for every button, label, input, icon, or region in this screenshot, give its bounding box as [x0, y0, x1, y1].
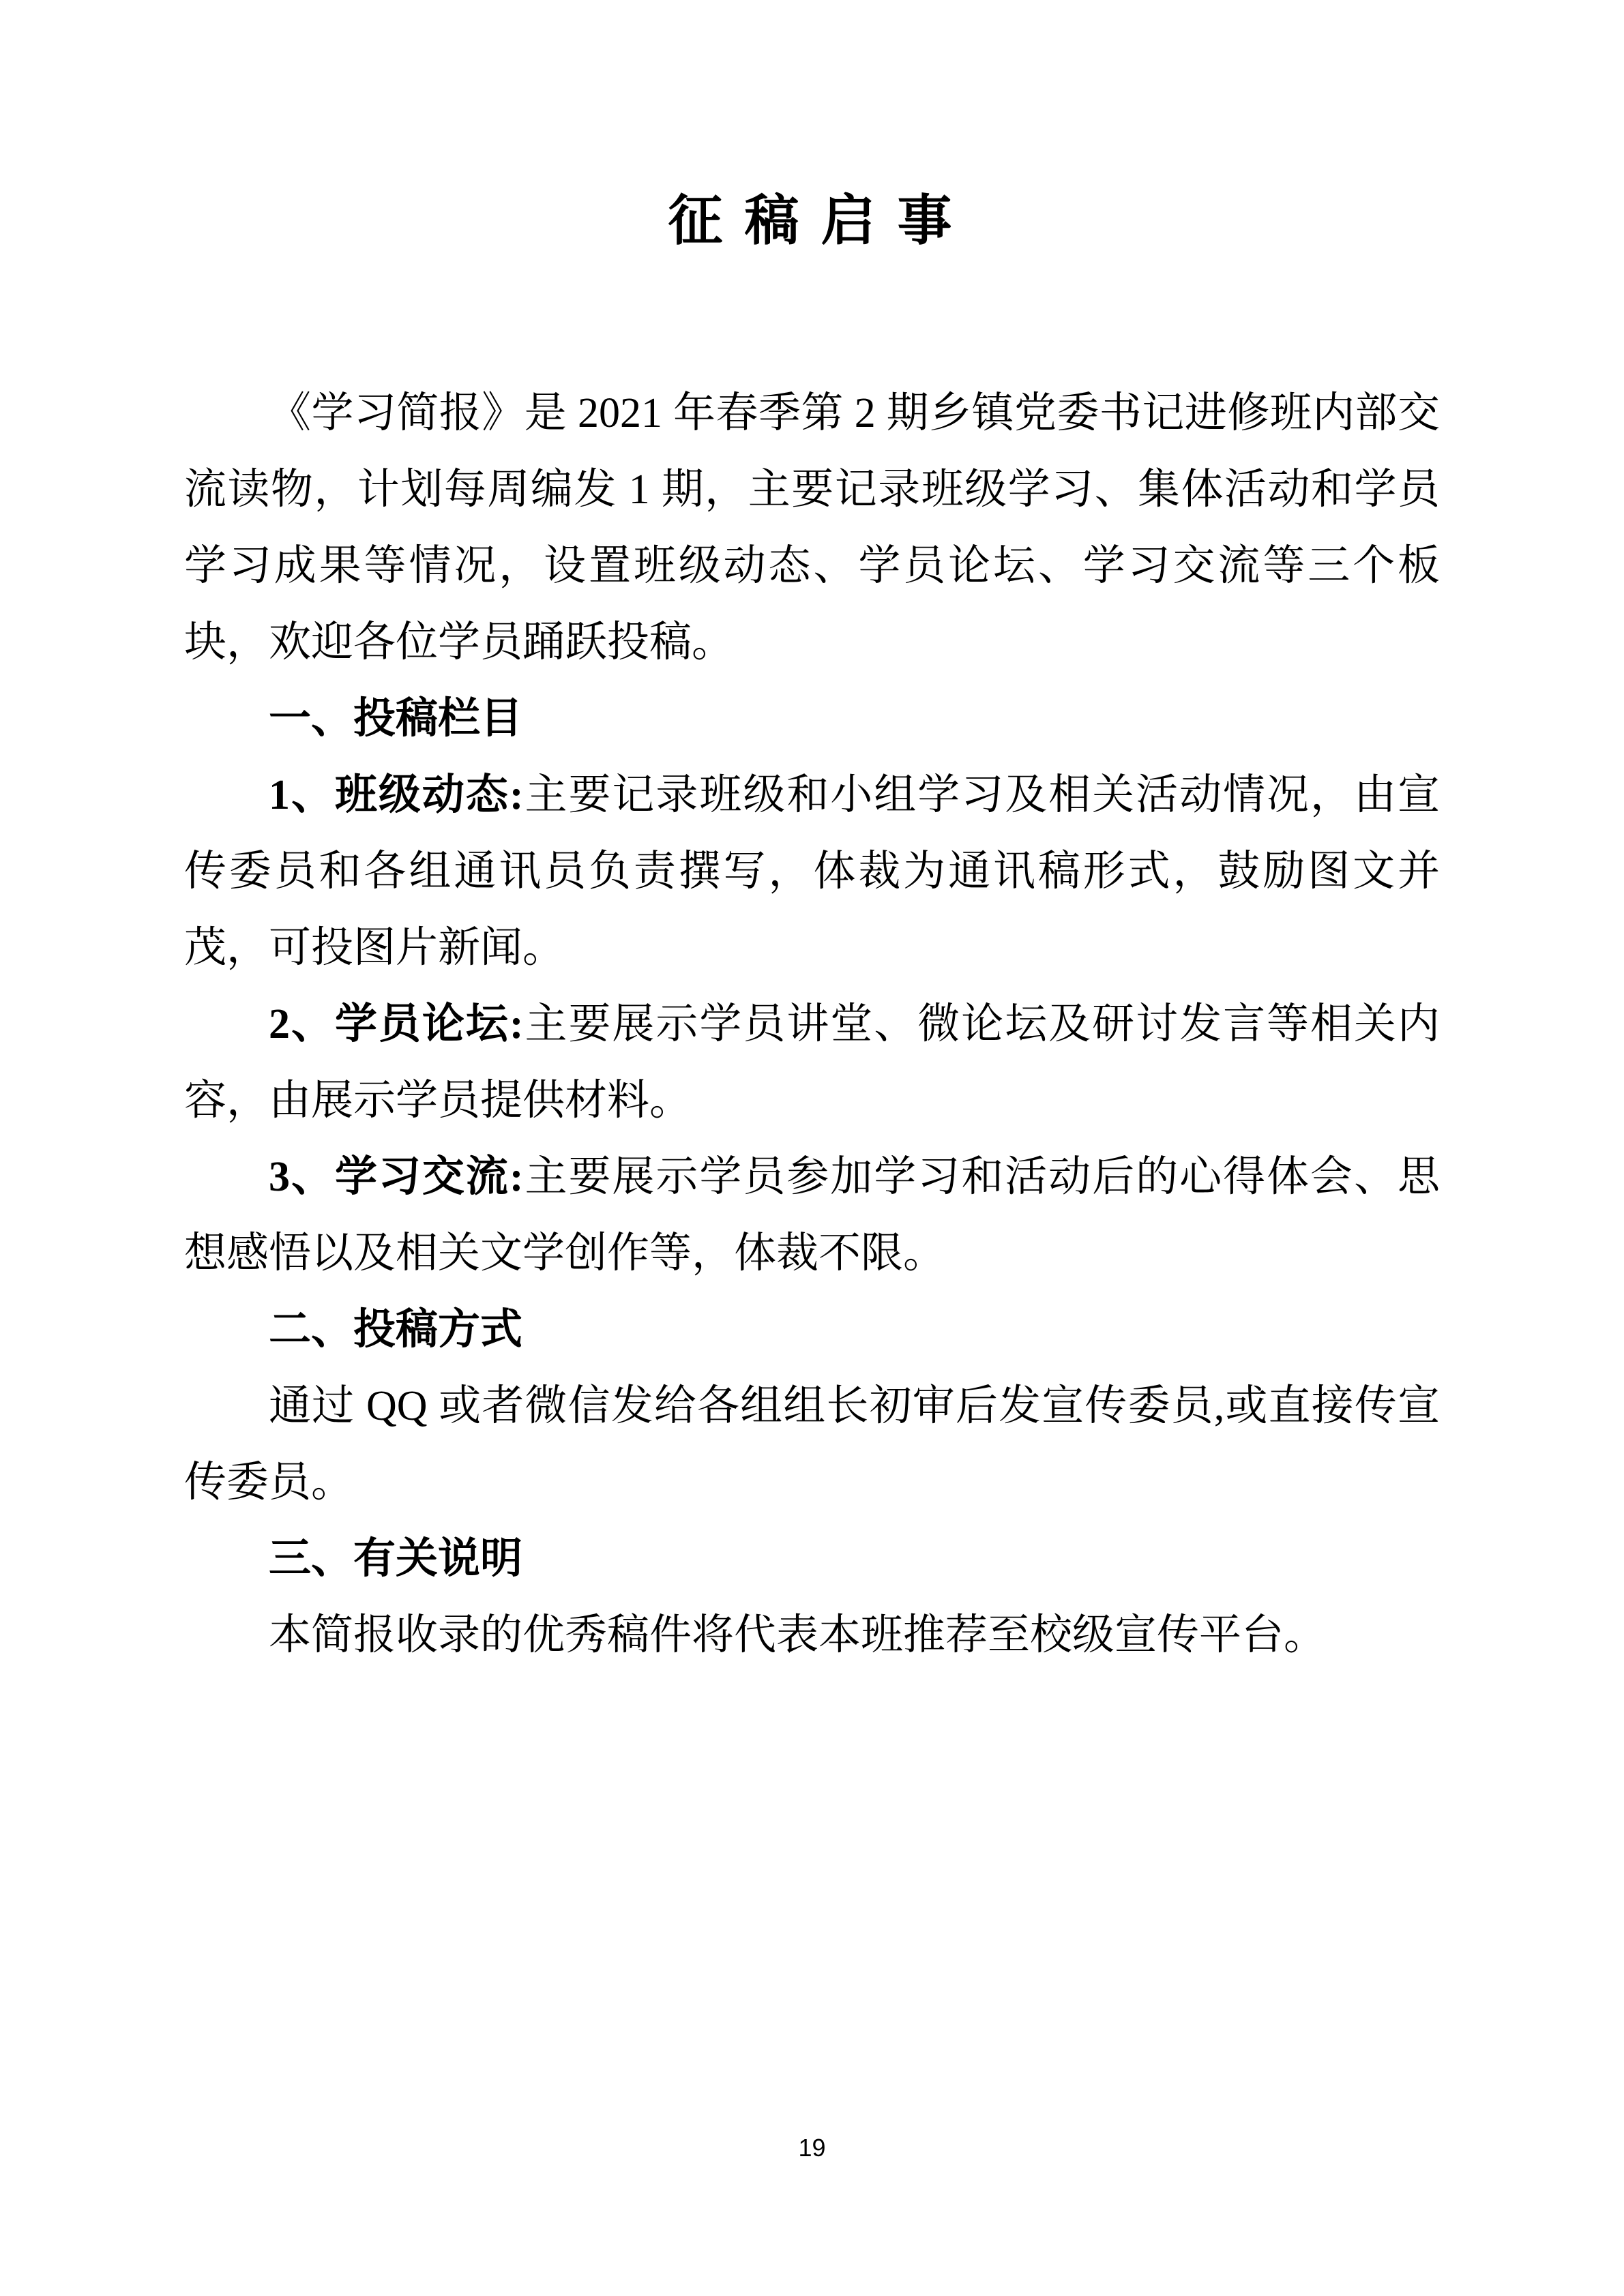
- page-footer: 19: [0, 2133, 1624, 2163]
- intro-paragraph: 《学习简报》是 2021 年春季第 2 期乡镇党委书记进修班内部交流读物，计划每…: [184, 375, 1440, 681]
- item-student-forum-label: 2、学员论坛:: [269, 1001, 524, 1047]
- page-title: 征 稿 启 事: [184, 184, 1440, 259]
- document-page: 征 稿 启 事 《学习简报》是 2021 年春季第 2 期乡镇党委书记进修班内部…: [0, 0, 1624, 2296]
- section-heading-submission-columns: 一、投稿栏目: [184, 681, 1440, 757]
- section-heading-submission-method: 二、投稿方式: [184, 1292, 1440, 1368]
- notes-paragraph: 本简报收录的优秀稿件将代表本班推荐至校级宣传平台。: [184, 1597, 1440, 1673]
- item-study-exchange: 3、学习交流:主要展示学员参加学习和活动后的心得体会、思想感悟以及相关文学创作等…: [184, 1139, 1440, 1292]
- item-study-exchange-label: 3、学习交流:: [269, 1154, 524, 1200]
- submission-method-paragraph: 通过 QQ 或者微信发给各组组长初审后发宣传委员,或直接传宣传委员。: [184, 1368, 1440, 1521]
- document-body: 《学习简报》是 2021 年春季第 2 期乡镇党委书记进修班内部交流读物，计划每…: [184, 375, 1440, 1673]
- item-class-dynamics-label: 1、班级动态:: [269, 772, 524, 818]
- item-class-dynamics: 1、班级动态:主要记录班级和小组学习及相关活动情况，由宣传委员和各组通讯员负责撰…: [184, 757, 1440, 986]
- item-student-forum: 2、学员论坛:主要展示学员讲堂、微论坛及研讨发言等相关内容，由展示学员提供材料。: [184, 986, 1440, 1139]
- page-number: 19: [798, 2134, 825, 2162]
- section-heading-notes: 三、有关说明: [184, 1521, 1440, 1597]
